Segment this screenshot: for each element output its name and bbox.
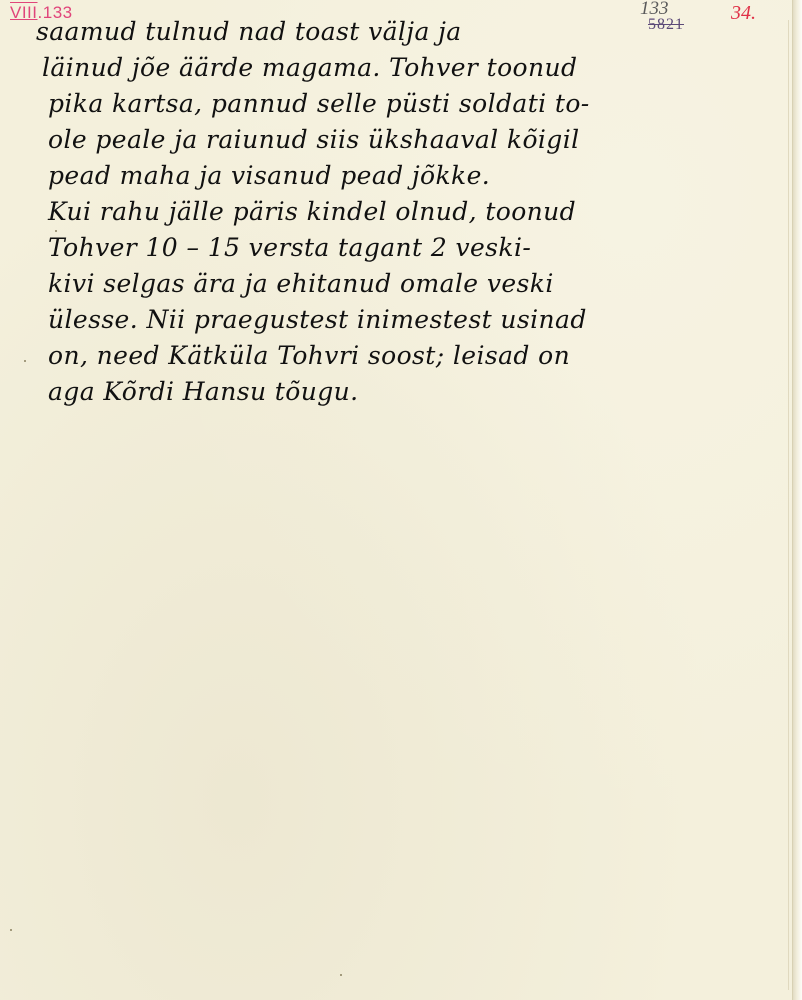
handwritten-text-block: saamud tulnud nad toast välja ja läinud … (36, 14, 756, 410)
text-line-9: ülesse. Nii praegustest inimestest usina… (36, 302, 756, 338)
paper-speck (10, 929, 12, 931)
text-line-11: aga Kõrdi Hansu tõugu. (36, 374, 756, 410)
paper-speck (340, 974, 342, 976)
text-line-3: pika kartsa, pannud selle püsti soldati … (36, 86, 756, 122)
text-line-10: on, need Kätküla Tohvri soost; leisad on (36, 338, 756, 374)
page-edge (792, 0, 802, 1000)
text-line-8: kivi selgas ära ja ehitanud omale veski (36, 266, 756, 302)
paper-speck (55, 230, 57, 232)
text-line-4: ole peale ja raiunud siis ükshaaval kõig… (36, 122, 756, 158)
page-fold-line (788, 20, 789, 990)
text-line-5: pead maha ja visanud pead jõkke. (36, 158, 756, 194)
manuscript-page: VIII.133 133 5821 34. saamud tulnud nad … (0, 0, 792, 1000)
paper-speck (24, 360, 26, 362)
text-line-6: Kui rahu jälle päris kindel olnud, toonu… (36, 194, 756, 230)
text-line-1: saamud tulnud nad toast välja ja (36, 14, 756, 50)
archive-volume-roman: VIII (10, 3, 38, 22)
text-line-7: Tohver 10 – 15 versta tagant 2 veski- (36, 230, 756, 266)
text-line-2: läinud jõe äärde magama. Tohver toonud (36, 50, 756, 86)
